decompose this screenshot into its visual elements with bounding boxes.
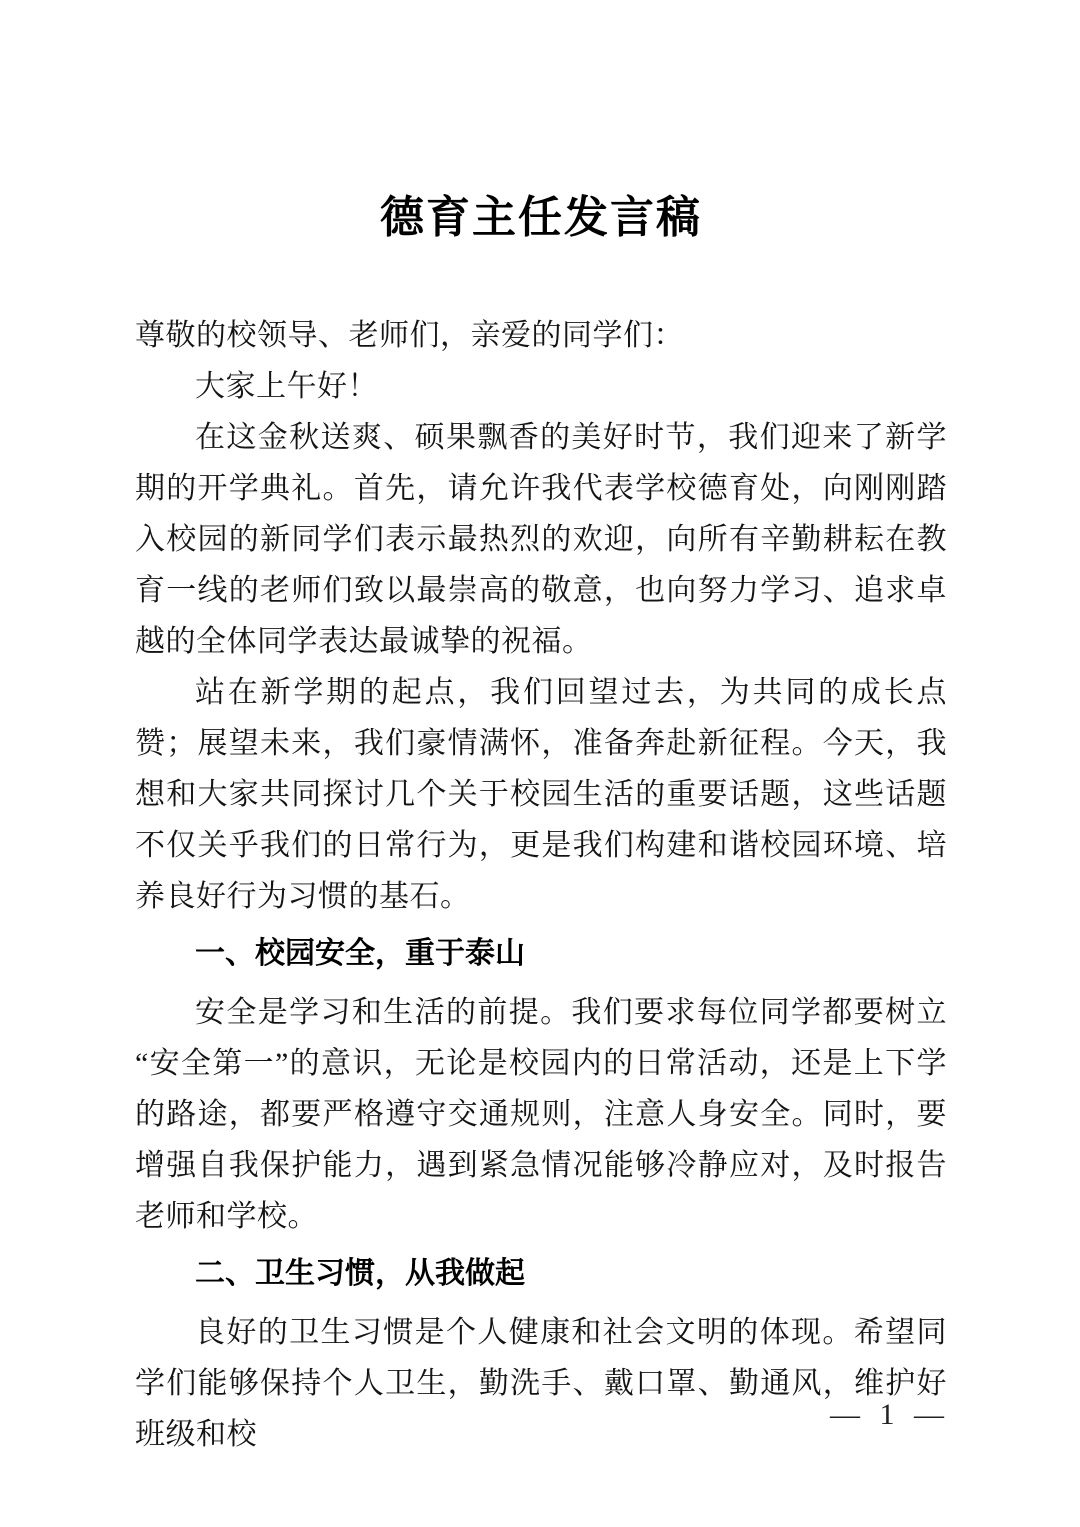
- section-heading-hygiene: 二、卫生习惯，从我做起: [135, 1248, 947, 1299]
- page-number: — 1 —: [730, 1398, 1050, 1432]
- intro-paragraph-2: 站在新学期的起点，我们回望过去，为共同的成长点赞；展望未来，我们豪情满怀，准备奔…: [135, 667, 947, 922]
- section-heading-safety: 一、校园安全，重于泰山: [135, 928, 947, 979]
- document-page: 德育主任发言稿 尊敬的校领导、老师们，亲爱的同学们： 大家上午好！ 在这金秋送爽…: [0, 0, 1080, 1527]
- section-body-safety: 安全是学习和生活的前提。我们要求每位同学都要树立“安全第一”的意识，无论是校园内…: [135, 987, 947, 1242]
- section-body-hygiene: 良好的卫生习惯是个人健康和社会文明的体现。希望同学们能够保持个人卫生，勤洗手、戴…: [135, 1307, 947, 1460]
- greeting-line: 大家上午好！: [135, 361, 947, 412]
- intro-paragraph-1: 在这金秋送爽、硕果飘香的美好时节，我们迎来了新学期的开学典礼。首先，请允许我代表…: [135, 412, 947, 667]
- salutation-line: 尊敬的校领导、老师们，亲爱的同学们：: [135, 310, 947, 361]
- document-content: 德育主任发言稿 尊敬的校领导、老师们，亲爱的同学们： 大家上午好！ 在这金秋送爽…: [135, 192, 947, 1460]
- document-title: 德育主任发言稿: [135, 192, 947, 244]
